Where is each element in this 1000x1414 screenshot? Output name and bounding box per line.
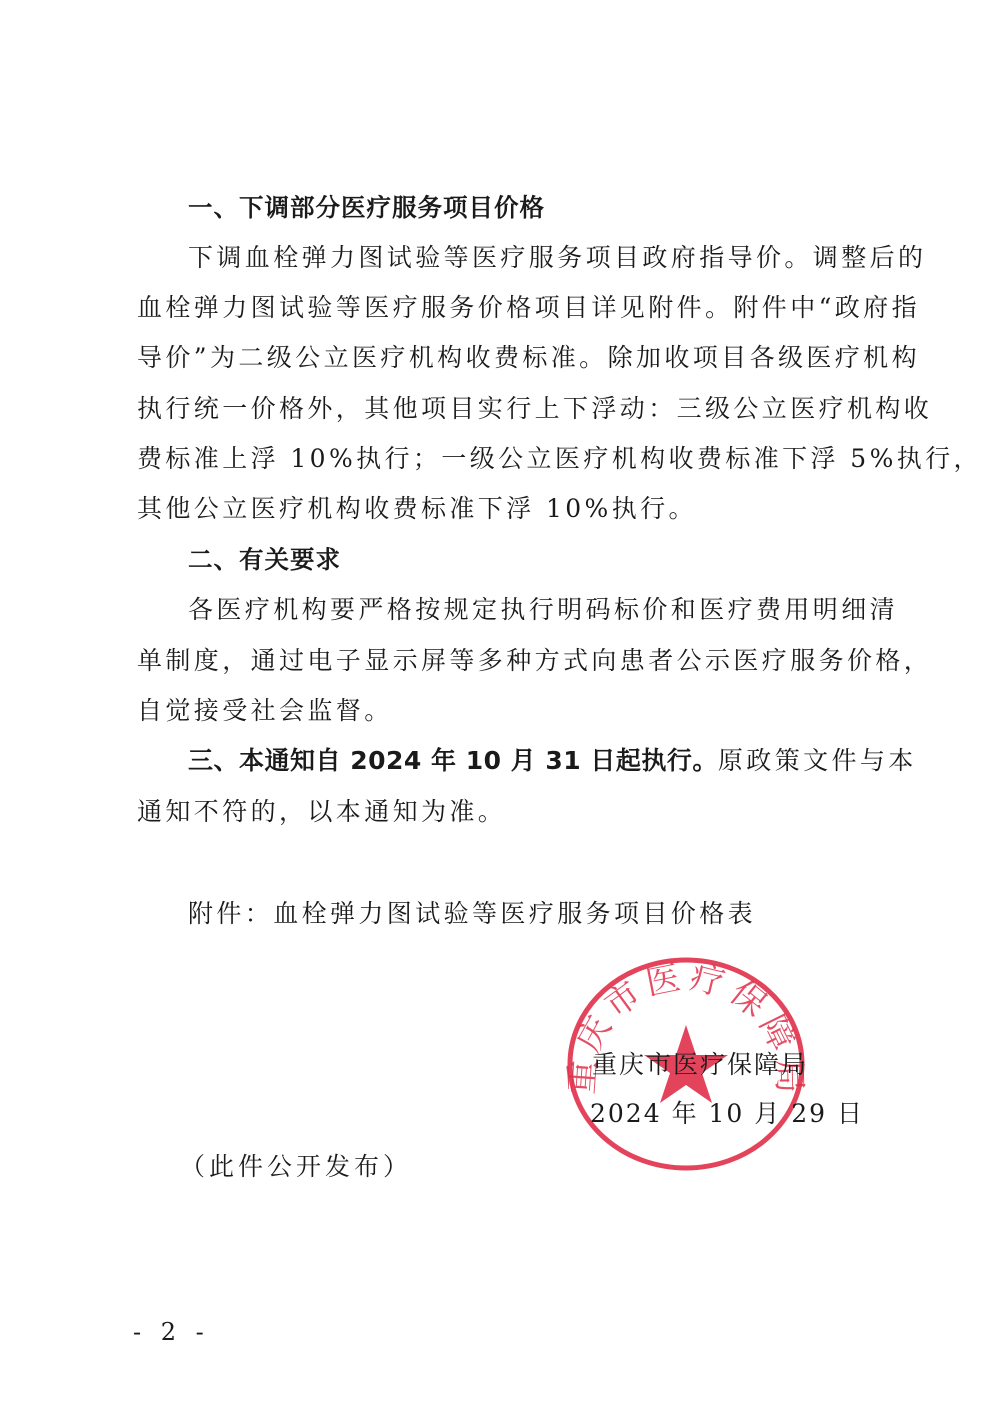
attachment-line: 附件：血栓弹力图试验等医疗服务项目价格表	[188, 899, 756, 929]
section-1-line: 执行统一价格外，其他项目实行上下浮动：三级公立医疗机构收	[137, 394, 932, 424]
page-number: - 2 -	[133, 1318, 210, 1346]
issuer-name: 重庆市医疗保障局	[592, 1050, 808, 1080]
section-3-line: 通知不符的，以本通知为准。	[137, 797, 506, 827]
section-2-heading: 二、有关要求	[188, 545, 341, 575]
section-1-line: 其他公立医疗机构收费标准下浮 10%执行。	[137, 494, 697, 524]
publication-note: （此件公开发布）	[180, 1152, 412, 1182]
section-1-line: 下调血栓弹力图试验等医疗服务项目政府指导价。调整后的	[188, 243, 926, 273]
section-1-line: 血栓弹力图试验等医疗服务价格项目详见附件。附件中“政府指	[137, 293, 920, 323]
section-1-line: 导价”为二级公立医疗机构收费标准。除加收项目各级医疗机构	[137, 343, 920, 373]
issue-date: 2024 年 10 月 29 日	[590, 1099, 864, 1129]
section-1-heading: 一、下调部分医疗服务项目价格	[188, 193, 545, 223]
section-3-line: 三、本通知自 2024 年 10 月 31 日起执行。原政策文件与本	[188, 746, 917, 776]
section-2-line: 自觉接受社会监督。	[137, 696, 393, 726]
section-3-effective-date: 三、本通知自 2024 年 10 月 31 日起执行。	[188, 746, 718, 775]
section-2-line: 单制度，通过电子显示屏等多种方式向患者公示医疗服务价格，	[137, 646, 932, 676]
section-1-line: 费标准上浮 10%执行；一级公立医疗机构收费标准下浮 5%执行，	[137, 444, 982, 474]
section-3-rest: 原政策文件与本	[718, 746, 917, 775]
section-2-line: 各医疗机构要严格按规定执行明码标价和医疗费用明细清	[188, 595, 898, 625]
